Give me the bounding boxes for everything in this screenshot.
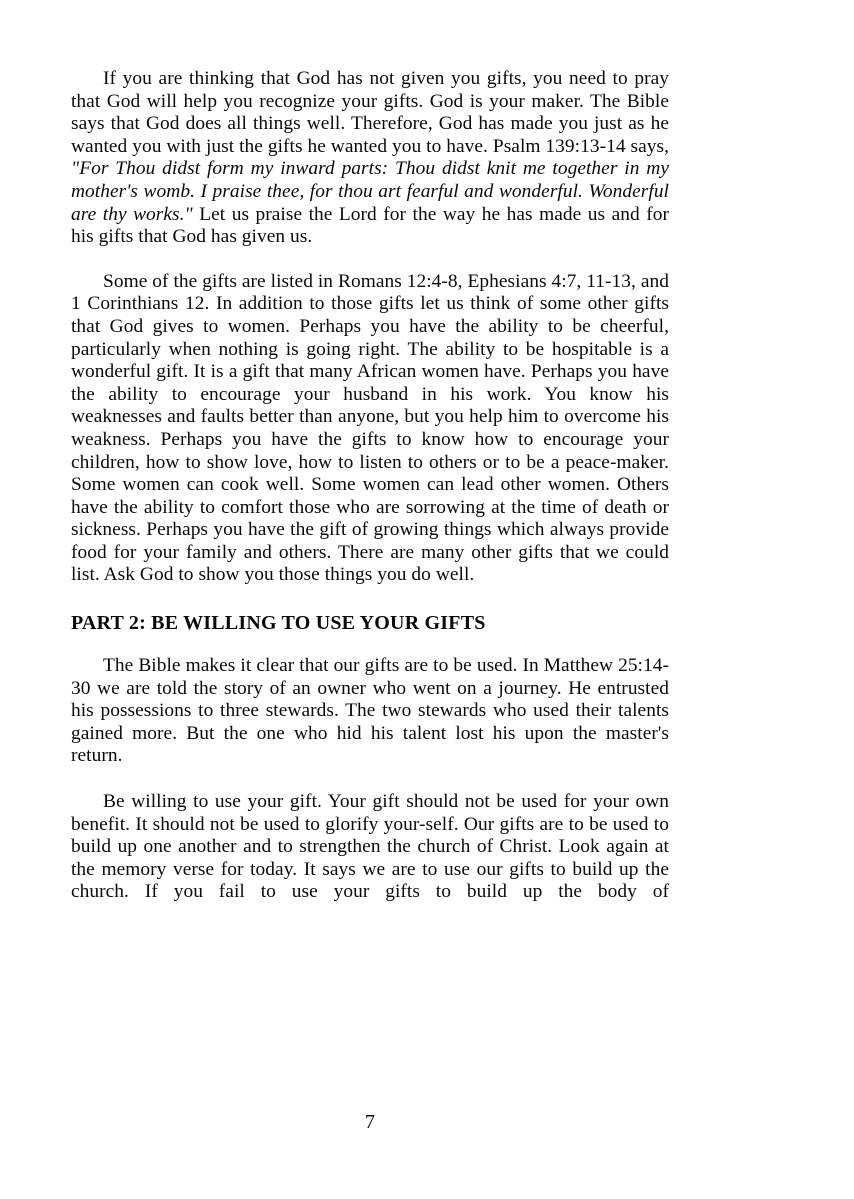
paragraph-gifts-to-be-used: The Bible makes it clear that our gifts … xyxy=(71,655,669,768)
paragraph-be-willing: Be willing to use your gift. Your gift s… xyxy=(71,791,669,904)
paragraph-list-of-gifts: Some of the gifts are listed in Romans 1… xyxy=(71,271,669,587)
paragraph-god-given-gifts: If you are thinking that God has not giv… xyxy=(71,68,669,249)
section-heading: PART 2: BE WILLING TO USE YOUR GIFTS xyxy=(71,611,669,635)
paragraph-text: If you are thinking that God has not giv… xyxy=(71,68,669,157)
page-body: If you are thinking that God has not giv… xyxy=(71,68,669,904)
page-number: 7 xyxy=(0,1110,740,1134)
